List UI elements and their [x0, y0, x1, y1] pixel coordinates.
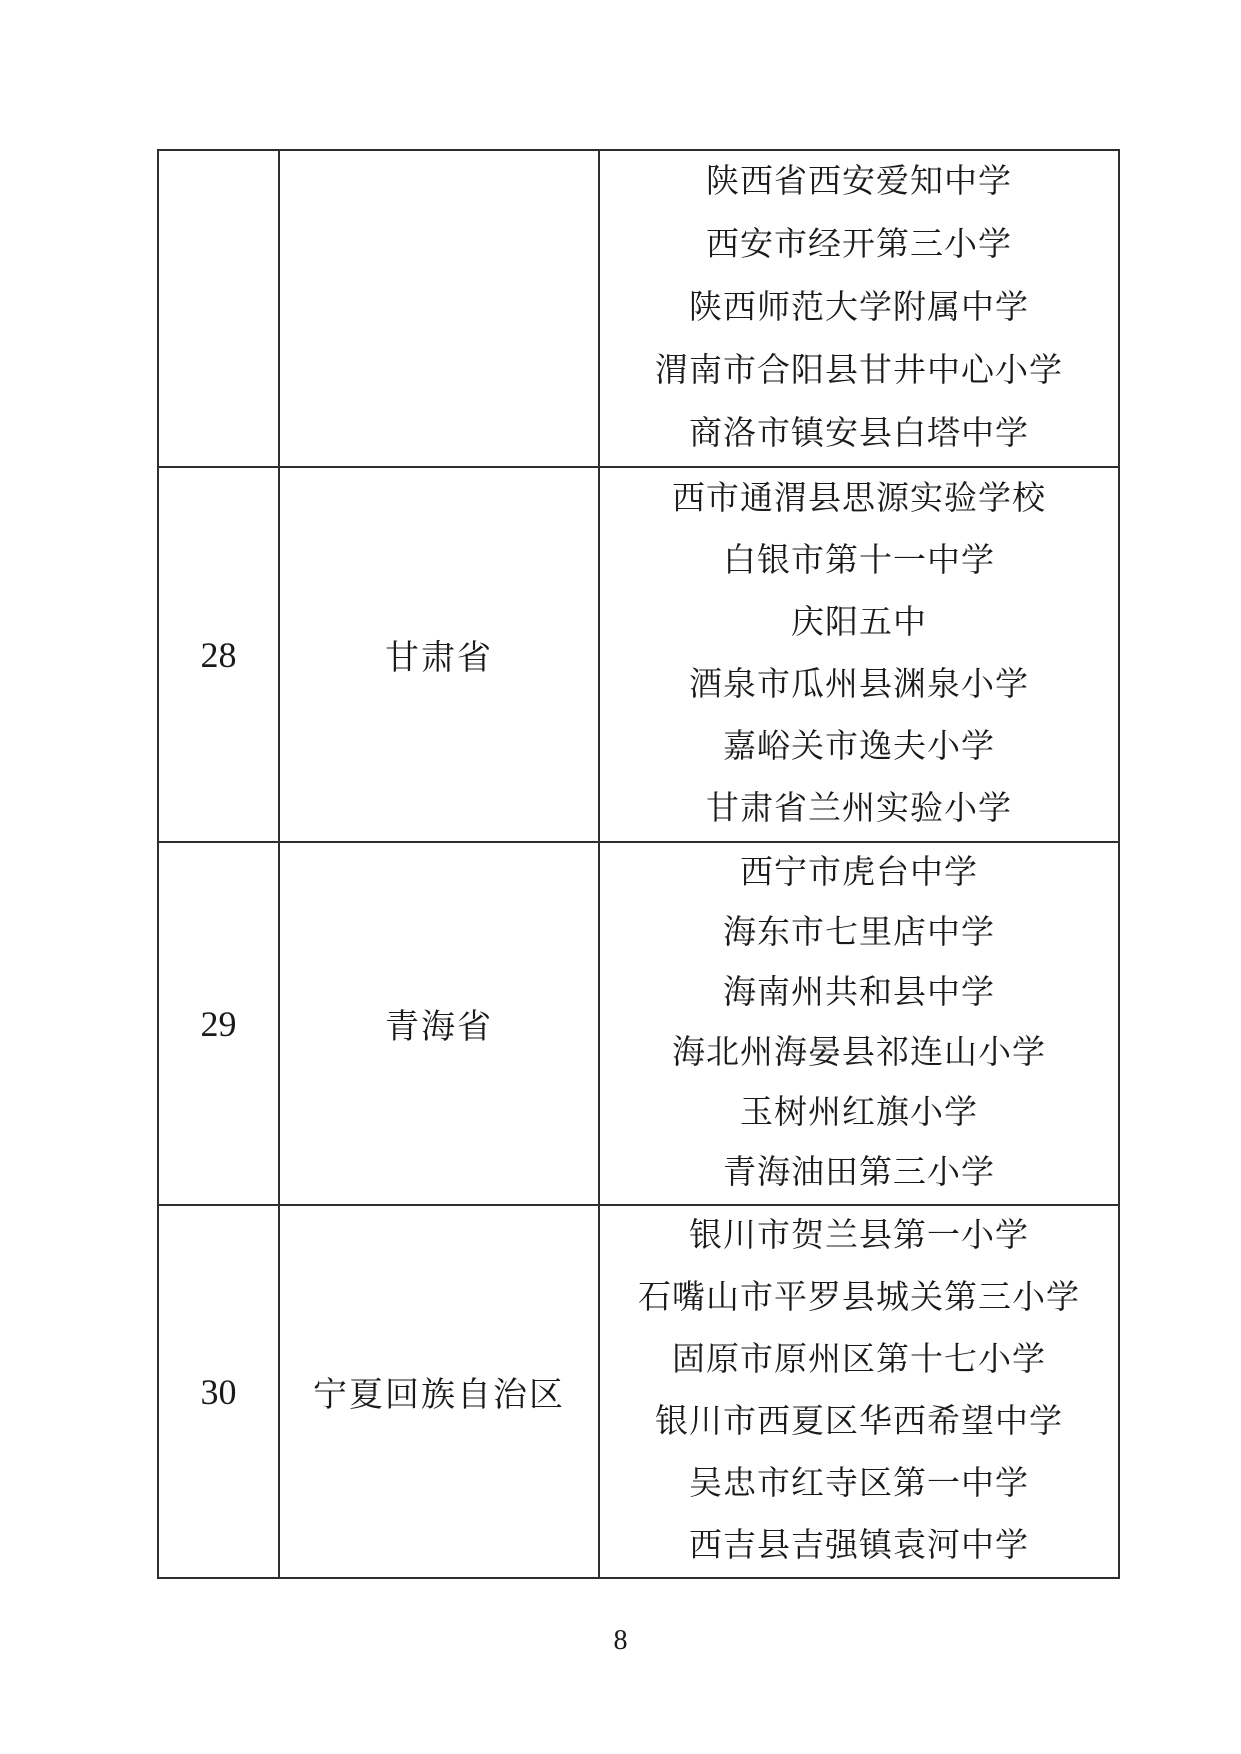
school-name: 陕西师范大学附属中学 — [689, 292, 1029, 325]
school-name: 海北州海晏县祁连山小学 — [672, 1037, 1046, 1070]
province-name: 宁夏回族自治区 — [313, 1367, 565, 1416]
school-name: 商洛市镇安县白塔中学 — [689, 418, 1029, 451]
school-name: 嘉峪关市逸夫小学 — [723, 731, 995, 764]
row-index: 28 — [201, 634, 237, 676]
school-name: 海东市七里店中学 — [723, 917, 995, 950]
table-row: 29 青海省 西宁市虎台中学 海东市七里店中学 海南州共和县中学 海北州海晏县祁… — [159, 841, 1118, 1204]
province-cell: 甘肃省 — [278, 468, 598, 841]
school-name: 酒泉市瓜州县渊泉小学 — [689, 669, 1029, 702]
school-list-cell: 银川市贺兰县第一小学 石嘴山市平罗县城关第三小学 固原市原州区第十七小学 银川市… — [598, 1206, 1118, 1577]
province-school-table: 陕西省西安爱知中学 西安市经开第三小学 陕西师范大学附属中学 渭南市合阳县甘井中… — [157, 149, 1120, 1579]
school-name: 陕西省西安爱知中学 — [706, 166, 1012, 199]
row-index: 29 — [201, 1003, 237, 1045]
school-list-cell: 西宁市虎台中学 海东市七里店中学 海南州共和县中学 海北州海晏县祁连山小学 玉树… — [598, 843, 1118, 1204]
school-name: 固原市原州区第十七小学 — [672, 1344, 1046, 1377]
row-index-cell — [159, 151, 278, 466]
school-name: 吴忠市红寺区第一中学 — [689, 1468, 1029, 1501]
school-name: 西宁市虎台中学 — [740, 857, 978, 890]
school-list-cell: 西市通渭县思源实验学校 白银市第十一中学 庆阳五中 酒泉市瓜州县渊泉小学 嘉峪关… — [598, 468, 1118, 841]
province-cell: 青海省 — [278, 843, 598, 1204]
school-name: 庆阳五中 — [791, 607, 927, 640]
school-name: 甘肃省兰州实验小学 — [706, 793, 1012, 826]
school-name: 玉树州红旗小学 — [740, 1097, 978, 1130]
school-name: 西安市经开第三小学 — [706, 229, 1012, 262]
row-index: 30 — [201, 1371, 237, 1413]
table-row: 陕西省西安爱知中学 西安市经开第三小学 陕西师范大学附属中学 渭南市合阳县甘井中… — [159, 151, 1118, 466]
school-name: 渭南市合阳县甘井中心小学 — [655, 355, 1063, 388]
table-row: 28 甘肃省 西市通渭县思源实验学校 白银市第十一中学 庆阳五中 酒泉市瓜州县渊… — [159, 466, 1118, 841]
province-cell: 宁夏回族自治区 — [278, 1206, 598, 1577]
school-name: 石嘴山市平罗县城关第三小学 — [638, 1282, 1080, 1315]
province-name: 青海省 — [385, 999, 493, 1048]
row-index-cell: 30 — [159, 1206, 278, 1577]
school-name: 银川市贺兰县第一小学 — [689, 1220, 1029, 1253]
row-index-cell: 29 — [159, 843, 278, 1204]
school-name: 青海油田第三小学 — [723, 1157, 995, 1190]
school-name: 银川市西夏区华西希望中学 — [655, 1406, 1063, 1439]
school-name: 白银市第十一中学 — [723, 545, 995, 578]
school-name: 西市通渭县思源实验学校 — [672, 483, 1046, 516]
page-number: 8 — [0, 1625, 1241, 1657]
province-cell — [278, 151, 598, 466]
province-name: 甘肃省 — [385, 630, 493, 679]
row-index-cell: 28 — [159, 468, 278, 841]
school-name: 西吉县吉强镇袁河中学 — [689, 1530, 1029, 1563]
school-list-cell: 陕西省西安爱知中学 西安市经开第三小学 陕西师范大学附属中学 渭南市合阳县甘井中… — [598, 151, 1118, 466]
table-row: 30 宁夏回族自治区 银川市贺兰县第一小学 石嘴山市平罗县城关第三小学 固原市原… — [159, 1204, 1118, 1577]
school-name: 海南州共和县中学 — [723, 977, 995, 1010]
document-page: 陕西省西安爱知中学 西安市经开第三小学 陕西师范大学附属中学 渭南市合阳县甘井中… — [0, 0, 1241, 1754]
